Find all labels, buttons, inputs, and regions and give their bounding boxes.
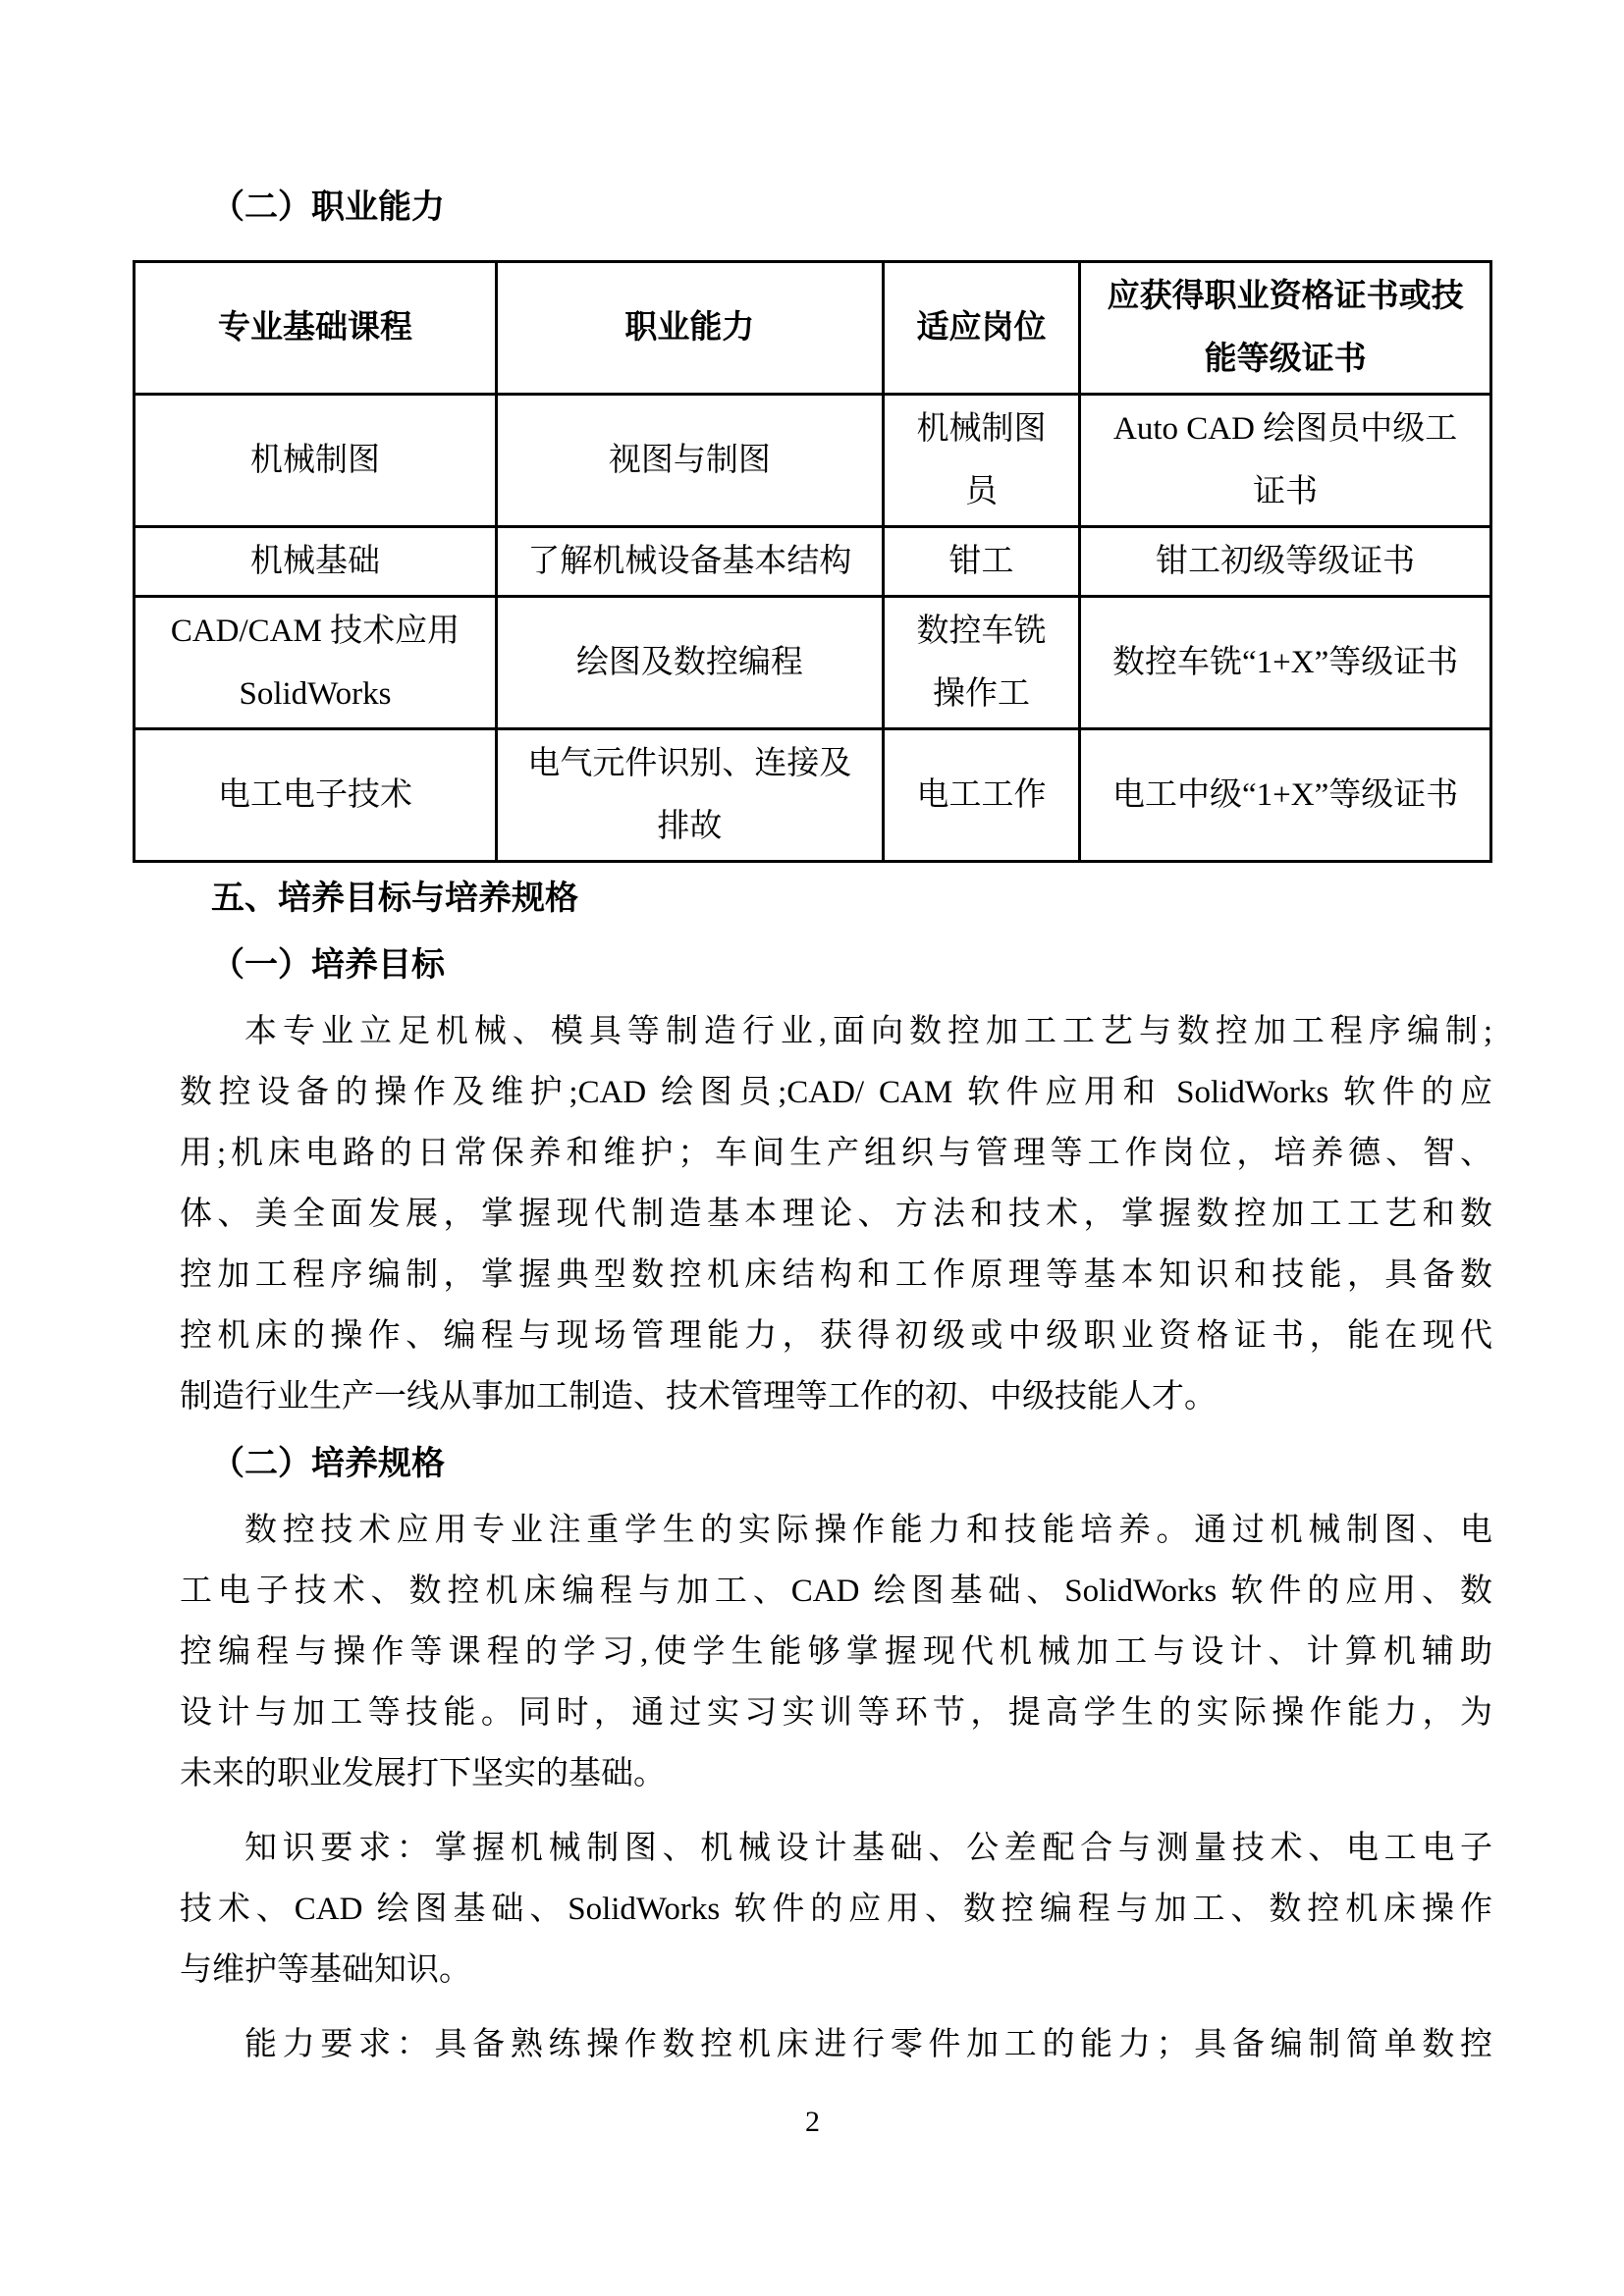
paragraph-line: 体、美全面发展，掌握现代制造基本理论、方法和技术，掌握数控加工工艺和数 [180,1184,1492,1245]
heading-training-goal: （一）培养目标 [211,944,1492,988]
table-header-course: 专业基础课程 [135,262,497,395]
table-cell-certificate: 电工中级“1+X”等级证书 [1080,729,1491,862]
table-header-ability: 职业能力 [496,262,883,395]
paragraph-ability-requirements: 能力要求：具备熟练操作数控机床进行零件加工的能力；具备编制简单数控 [180,2014,1492,2075]
table-row: CAD/CAM 技术应用 SolidWorks 绘图及数控编程 数控车铣操作工 … [135,597,1491,729]
paragraph-training-spec: 数控技术应用专业注重学生的实际操作能力和技能培养。通过机械制图、电 工电子技术、… [180,1500,1492,1804]
table-row: 机械基础 了解机械设备基本结构 钳工 钳工初级等级证书 [135,527,1491,597]
paragraph-line: 设计与加工等技能。同时，通过实习实训等环节，提高学生的实际操作能力，为 [180,1682,1492,1743]
table-cell-course: CAD/CAM 技术应用 SolidWorks [135,597,497,729]
table-cell-ability: 绘图及数控编程 [496,597,883,729]
table-cell-certificate: 钳工初级等级证书 [1080,527,1491,597]
paragraph-line: 用;机床电路的日常保养和维护；车间生产组织与管理等工作岗位，培养德、智、 [180,1123,1492,1184]
document-page: （二）职业能力 专业基础课程 职业能力 适应岗位 应获得职业资格证书或技能等级证… [0,0,1624,2296]
heading-training-spec: （二）培养规格 [211,1443,1492,1486]
paragraph-line: 控加工程序编制，掌握典型数控机床结构和工作原理等基本知识和技能，具备数 [180,1245,1492,1306]
paragraph-line: 制造行业生产一线从事加工制造、技术管理等工作的初、中级技能人才。 [180,1366,1492,1427]
paragraph-line: 工电子技术、数控机床编程与加工、CAD 绘图基础、SolidWorks 软件的应… [180,1561,1492,1622]
paragraph-line: 与维护等基础知识。 [180,1940,1492,2001]
table-cell-post: 机械制图员 [883,395,1079,527]
table-row: 机械制图 视图与制图 机械制图员 Auto CAD 绘图员中级工证书 [135,395,1491,527]
page-number: 2 [133,2103,1492,2142]
heading-occupational-ability: （二）职业能力 [211,0,1492,230]
paragraph-line: 技术、CAD 绘图基础、SolidWorks 软件的应用、数控编程与加工、数控机… [180,1879,1492,1940]
paragraph-line: 控机床的操作、编程与现场管理能力，获得初级或中级职业资格证书，能在现代 [180,1306,1492,1366]
table-cell-post: 数控车铣操作工 [883,597,1079,729]
heading-section-five: 五、培养目标与培养规格 [211,878,1492,921]
table-header-certificate: 应获得职业资格证书或技能等级证书 [1080,262,1491,395]
paragraph-line: 未来的职业发展打下坚实的基础。 [180,1743,1492,1804]
table-cell-post: 钳工 [883,527,1079,597]
table-row: 电工电子技术 电气元件识别、连接及排故 电工工作 电工中级“1+X”等级证书 [135,729,1491,862]
paragraph-line: 知识要求：掌握机械制图、机械设计基础、公差配合与测量技术、电工电子 [180,1818,1492,1879]
table-cell-course: 机械基础 [135,527,497,597]
paragraph-line: 数控设备的操作及维护;CAD 绘图员;CAD/ CAM 软件应用和 SolidW… [180,1062,1492,1123]
table-cell-ability: 视图与制图 [496,395,883,527]
page-content: （二）职业能力 专业基础课程 职业能力 适应岗位 应获得职业资格证书或技能等级证… [133,0,1492,2142]
table-cell-course: 机械制图 [135,395,497,527]
paragraph-line: 能力要求：具备熟练操作数控机床进行零件加工的能力；具备编制简单数控 [180,2014,1492,2075]
table-cell-course: 电工电子技术 [135,729,497,862]
table-header-row: 专业基础课程 职业能力 适应岗位 应获得职业资格证书或技能等级证书 [135,262,1491,395]
paragraph-line: 本专业立足机械、模具等制造行业,面向数控加工工艺与数控加工程序编制; [180,1001,1492,1062]
table-cell-certificate: 数控车铣“1+X”等级证书 [1080,597,1491,729]
table-cell-ability: 了解机械设备基本结构 [496,527,883,597]
table-cell-post: 电工工作 [883,729,1079,862]
paragraph-line: 控编程与操作等课程的学习,使学生能够掌握现代机械加工与设计、计算机辅助 [180,1622,1492,1682]
table-cell-certificate: Auto CAD 绘图员中级工证书 [1080,395,1491,527]
occupational-ability-table: 专业基础课程 职业能力 适应岗位 应获得职业资格证书或技能等级证书 机械制图 视… [133,260,1492,863]
table-cell-ability: 电气元件识别、连接及排故 [496,729,883,862]
paragraph-training-goal: 本专业立足机械、模具等制造行业,面向数控加工工艺与数控加工程序编制; 数控设备的… [180,1001,1492,1427]
table-header-post: 适应岗位 [883,262,1079,395]
paragraph-line: 数控技术应用专业注重学生的实际操作能力和技能培养。通过机械制图、电 [180,1500,1492,1561]
paragraph-knowledge-requirements: 知识要求：掌握机械制图、机械设计基础、公差配合与测量技术、电工电子 技术、CAD… [180,1818,1492,2001]
